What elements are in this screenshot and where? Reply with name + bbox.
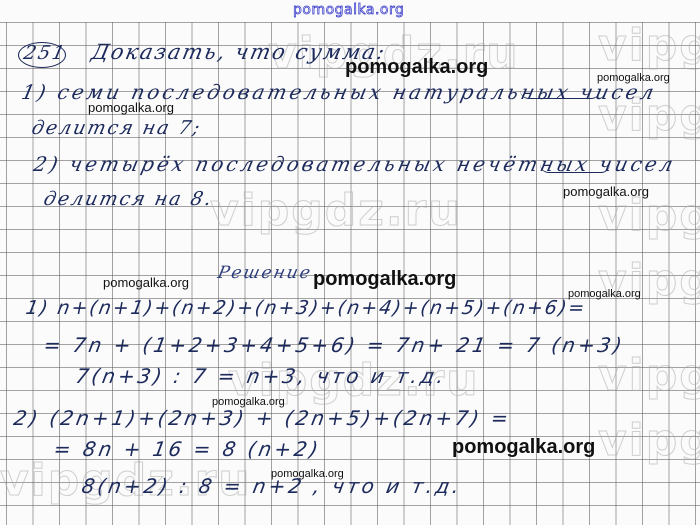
ghost-watermark: vipgdz.ru bbox=[598, 415, 700, 466]
watermark-small: pomogalka.org bbox=[88, 100, 174, 115]
problem-item-1-line-2: делится на 7; bbox=[30, 117, 204, 139]
homework-page-scan: vipgdz.ru vipgdz.ru vipgdz.ru vipgdz.ru … bbox=[0, 0, 700, 525]
watermark-small: pomogalka.org bbox=[568, 288, 641, 300]
watermark-small: pomogalka.org bbox=[597, 72, 670, 84]
watermark-small: pomogalka.org bbox=[212, 396, 285, 408]
pen-flourish bbox=[520, 90, 600, 99]
solution-part-2-line-2: = 8n + 16 = 8 (n+2) bbox=[52, 437, 323, 461]
solution-part-1-line-3: 7(n+3) : 7 = n+3, что и т.д. bbox=[74, 364, 449, 388]
ghost-watermark: vipgdz.ru bbox=[210, 185, 462, 236]
problem-statement-title: Доказать, что сумма: bbox=[89, 40, 388, 64]
pen-flourish bbox=[540, 164, 610, 173]
watermark-large: pomogalka.org bbox=[452, 436, 595, 459]
ghost-watermark: vipgdz.ru bbox=[598, 20, 700, 71]
problem-item-2-line-2: делится на 8. bbox=[42, 188, 216, 210]
watermark-small: pomogalka.org bbox=[103, 275, 189, 290]
solution-heading: Решение bbox=[216, 263, 314, 283]
watermark-small: pomogalka.org bbox=[271, 468, 344, 480]
solution-part-1-line-2: = 7n + (1+2+3+4+5+6) = 7n+ 21 = 7 (n+3) bbox=[42, 333, 627, 357]
top-watermark: pomogalka.org bbox=[293, 2, 404, 18]
watermark-small: pomogalka.org bbox=[563, 184, 649, 199]
solution-part-1-line-1: 1) n+(n+1)+(n+2)+(n+3)+(n+4)+(n+5)+(n+6)… bbox=[24, 297, 588, 319]
watermark-large: pomogalka.org bbox=[345, 56, 488, 79]
solution-part-2-line-1: 2) (2n+1)+(2n+3) + (2n+5)+(2n+7) = bbox=[12, 406, 513, 430]
ghost-watermark: vipgdz.ru bbox=[598, 350, 700, 401]
watermark-large: pomogalka.org bbox=[313, 268, 456, 291]
problem-number: 251 bbox=[22, 42, 69, 64]
